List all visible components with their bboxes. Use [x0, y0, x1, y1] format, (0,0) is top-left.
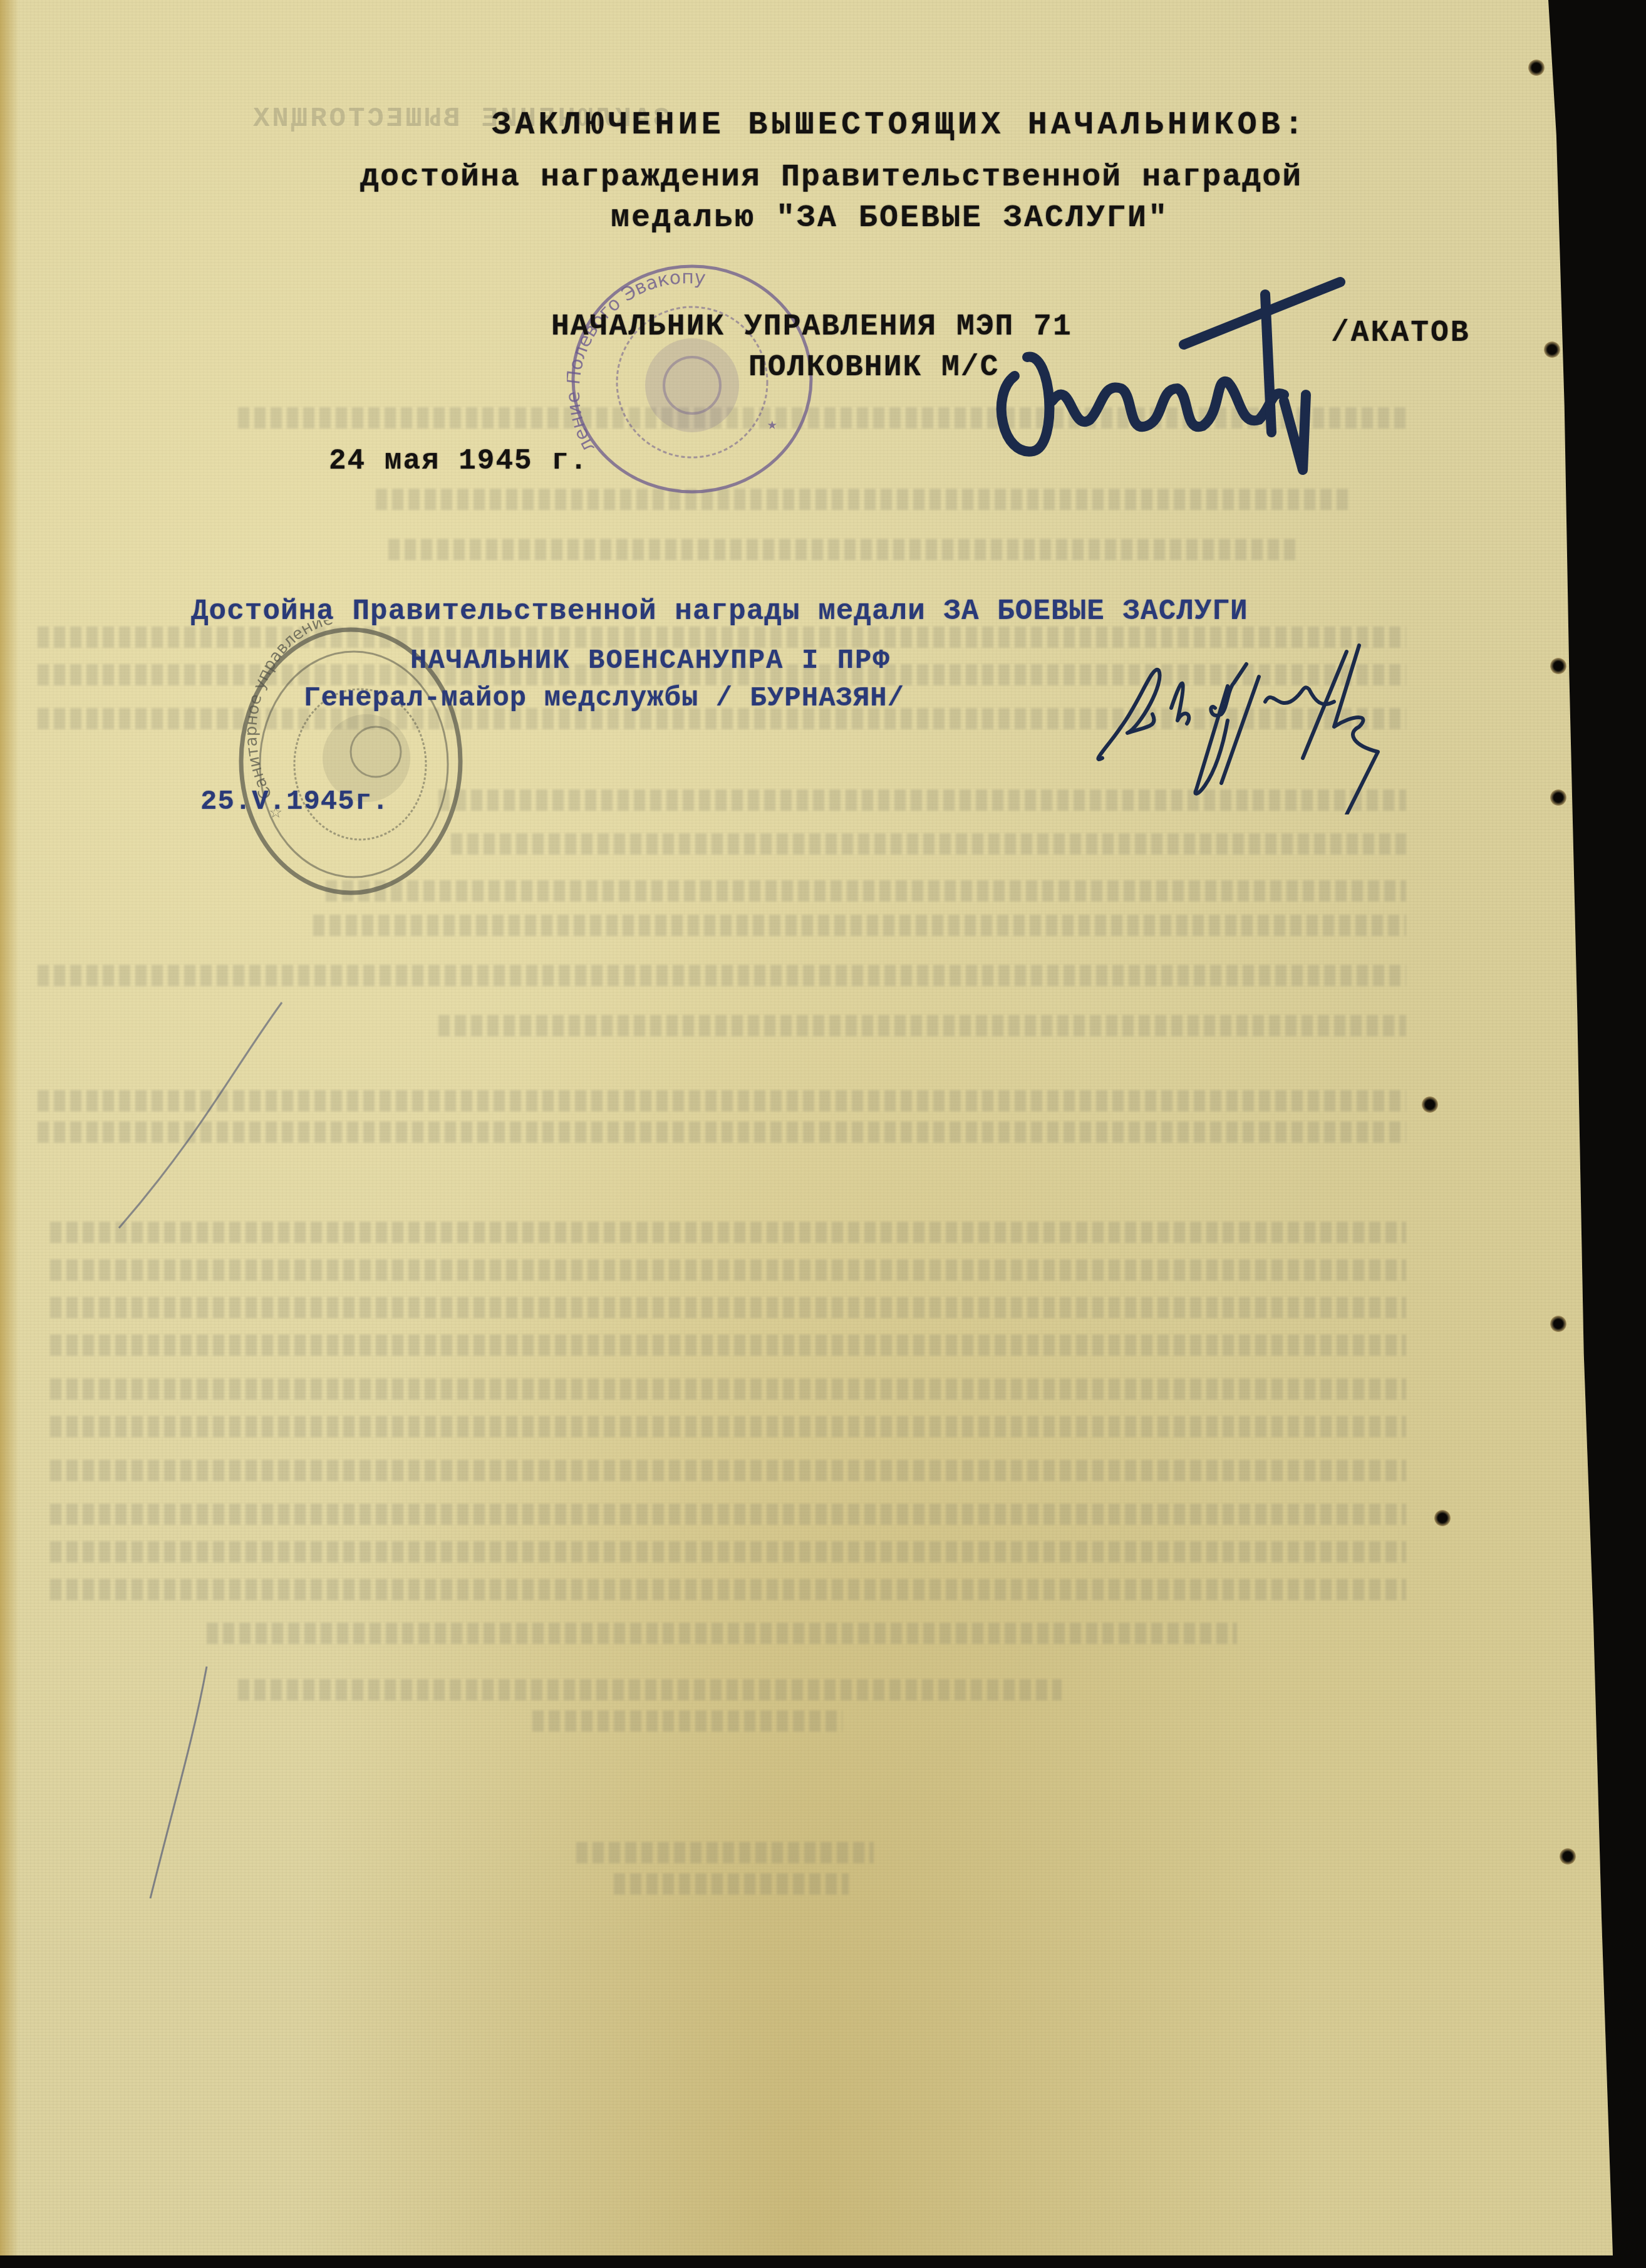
binding-hole	[1422, 1096, 1438, 1113]
bleed-through-line	[50, 1541, 1406, 1563]
signature-akatov	[977, 269, 1353, 476]
conclusion-title: ЗАКЛЮЧЕНИЕ ВЫШЕСТОЯЩИХ НАЧАЛЬНИКОВ:	[492, 107, 1307, 143]
binding-hole	[1434, 1510, 1451, 1526]
binding-hole	[1560, 1848, 1576, 1865]
bleed-through-line	[50, 1297, 1406, 1318]
paper-edge	[0, 0, 19, 2255]
bleed-through-line	[313, 915, 1406, 936]
bleed-through-line	[50, 1504, 1406, 1525]
bleed-through-line	[532, 1710, 842, 1732]
bleed-through-line	[388, 539, 1300, 560]
bleed-through-line	[614, 1873, 849, 1895]
signature-burnazyan	[1084, 633, 1422, 814]
svg-text:★: ★	[767, 415, 777, 434]
conclusion-line-2: медалью "ЗА БОЕВЫЕ ЗАСЛУГИ"	[611, 200, 1169, 236]
bleed-through-line	[50, 1334, 1406, 1356]
pencil-mark	[94, 996, 294, 1234]
bleed-through-line	[207, 1623, 1237, 1644]
binding-hole	[1544, 341, 1560, 358]
bleed-through-line	[50, 1460, 1406, 1481]
date-1: 24 мая 1945 г.	[329, 445, 588, 477]
signatory-rank-name-2: Генерал-майор медслужбы / БУРНАЗЯН/	[304, 683, 904, 714]
signatory-position-2: НАЧАЛЬНИК ВОЕНСАНУПРА I ПРФ	[410, 645, 891, 677]
bleed-through-line	[238, 1679, 1062, 1700]
date-2: 25.V.1945г.	[200, 786, 389, 818]
bleed-through-line	[376, 489, 1350, 510]
bleed-through-line	[326, 880, 1406, 902]
bleed-through-line	[438, 1015, 1406, 1036]
bleed-through-line	[50, 1378, 1406, 1400]
bleed-through-line	[451, 833, 1406, 855]
bleed-through-line	[50, 1579, 1406, 1600]
bleed-through-line	[38, 965, 1406, 986]
conclusion-line-1: достойна награждения Правительственной н…	[360, 160, 1302, 195]
bleed-through-line	[50, 1259, 1406, 1281]
signatory-rank-1: ПОЛКОВНИК М/С	[748, 351, 999, 385]
document-page: ЗАКЛЮЧЕНИЕ ВЫШЕСТОЯЩИХ ЗАКЛЮЧЕНИЕ ВЫШЕСТ…	[0, 0, 1613, 2255]
pencil-mark	[138, 1660, 213, 1911]
bleed-through-line	[576, 1842, 874, 1863]
binding-hole	[1528, 60, 1545, 76]
binding-hole	[1550, 658, 1566, 674]
binding-hole	[1550, 1316, 1566, 1332]
binding-hole	[1550, 789, 1566, 806]
bleed-through-line	[50, 1416, 1406, 1437]
